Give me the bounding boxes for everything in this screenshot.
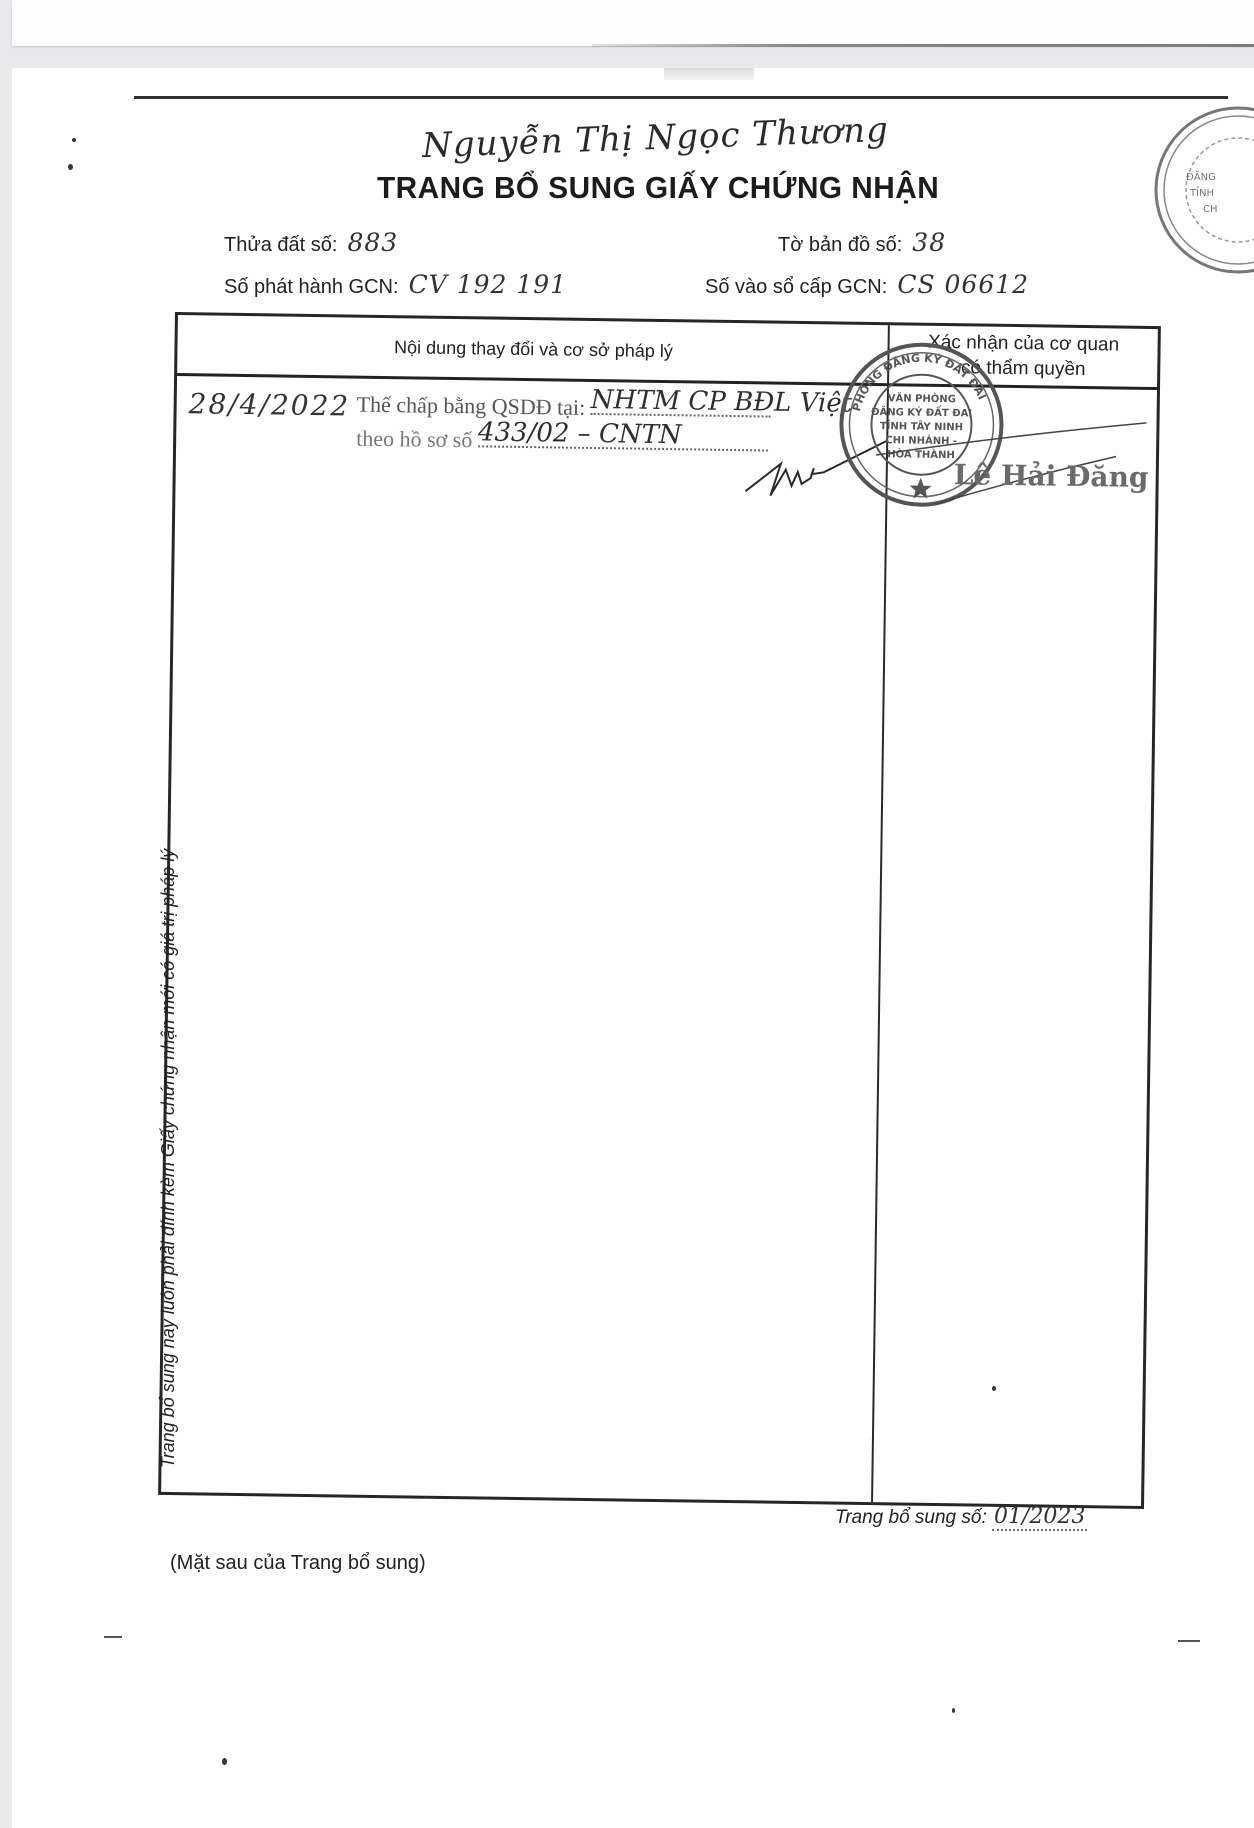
svg-text:ĐĂNG: ĐĂNG — [1186, 170, 1216, 183]
svg-text:VĂN PHÒNG: VĂN PHÒNG — [888, 391, 956, 405]
svg-text:TỈNH: TỈNH — [1189, 185, 1214, 199]
page-number-value: 01/2023 — [992, 1504, 1087, 1531]
table-row: 28/4/2022 Thế chấp bằng QSDĐ tại: NHTM C… — [189, 387, 879, 397]
registry-number-label: Số vào sổ cấp GCN: — [705, 276, 887, 298]
map-sheet-field: Tờ bản đồ số:38 — [778, 228, 946, 257]
scan-speck — [68, 164, 73, 170]
svg-text:CH: CH — [1203, 204, 1218, 215]
page-edge-shadow — [592, 44, 1254, 47]
dossier-dotted-field: 433/02 – CNTN — [478, 431, 768, 451]
previous-page — [12, 0, 1254, 46]
header-content-changes: Nội dung thay đổi và cơ sở pháp lý — [177, 315, 890, 383]
partial-stamp-icon: ĐĂNG TỈNH CH — [1148, 100, 1254, 280]
top-rule — [134, 96, 1228, 99]
issue-number-value: CV 192 191 — [409, 270, 568, 299]
parcel-label: Thửa đất số: — [224, 234, 337, 256]
map-sheet-value: 38 — [912, 228, 946, 257]
scan-mark — [104, 1636, 122, 1638]
issue-number-label: Số phát hành GCN: — [224, 276, 399, 298]
issue-number-field: Số phát hành GCN:CV 192 191 — [224, 270, 567, 299]
mortgage-bank-value: NHTM CP BĐL Việt — [591, 385, 853, 419]
parcel-field: Thửa đất số:883 — [224, 228, 398, 257]
parcel-value: 883 — [347, 228, 398, 257]
map-sheet-label: Tờ bản đồ số: — [778, 234, 902, 256]
scan-speck — [222, 1758, 227, 1765]
page-number-label: Trang bổ sung số: — [835, 1507, 987, 1528]
scan-speck — [992, 1386, 996, 1391]
back-side-note: (Mặt sau của Trang bổ sung) — [170, 1552, 426, 1575]
signer-name: Lê Hải Đăng — [954, 458, 1149, 494]
supplement-page-number: Trang bổ sung số: 01/2023 — [835, 1504, 1087, 1529]
entry-date: 28/4/2022 — [188, 387, 350, 422]
scan-speck — [72, 138, 76, 142]
document-page: Nguyễn Thị Ngọc Thương TRANG BỔ SUNG GIẤ… — [12, 68, 1254, 1828]
dossier-label: theo hồ sơ số — [356, 426, 472, 453]
table-header: Nội dung thay đổi và cơ sở pháp lý Xác n… — [177, 315, 1158, 390]
entry-dossier-line: theo hồ sơ số 433/02 – CNTN — [356, 426, 768, 458]
scan-smudge — [664, 68, 754, 80]
scan-speck — [952, 1708, 955, 1713]
registry-number-field: Số vào sổ cấp GCN:CS 06612 — [705, 270, 1029, 299]
dossier-number-value: 433/02 – CNTN — [478, 417, 682, 450]
mortgage-dotted-field: NHTM CP BĐL Việt — [591, 399, 771, 418]
side-note: Trang bổ sung này luôn phải đính kèm Giấ… — [158, 708, 179, 1468]
document-title: TRANG BỔ SUNG GIẤY CHỨNG NHẬN — [377, 170, 939, 206]
scan-mark — [1178, 1640, 1200, 1642]
mortgage-label: Thế chấp bằng QSDĐ tại: — [357, 392, 586, 420]
registry-number-value: CS 06612 — [897, 270, 1029, 299]
amendment-table: Nội dung thay đổi và cơ sở pháp lý Xác n… — [158, 312, 1161, 1509]
owner-name-handwritten: Nguyễn Thị Ngọc Thương — [421, 110, 889, 166]
